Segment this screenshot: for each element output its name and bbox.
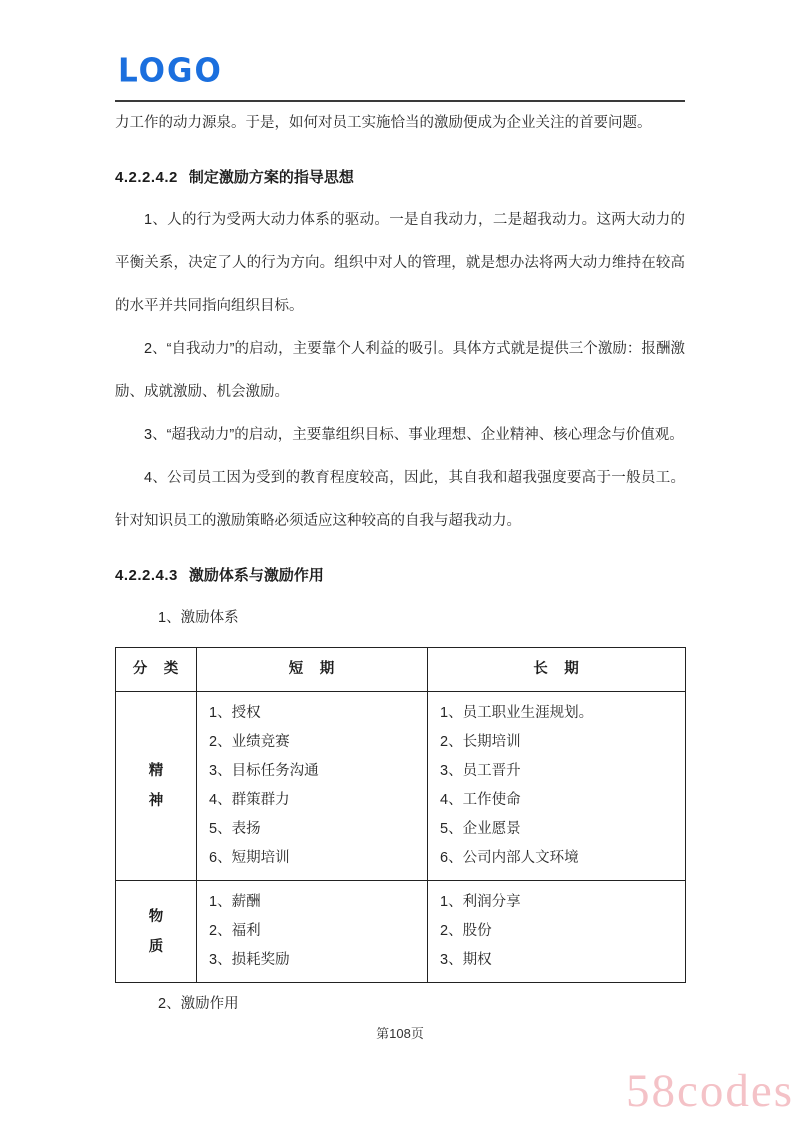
table-cell-item: 2、福利: [209, 917, 421, 946]
table-cell-item: 6、公司内部人文环境: [440, 844, 679, 873]
table-cell-item: 2、长期培训: [440, 728, 679, 757]
section-heading-4-2-2-4-3: 4.2.2.4.3激励体系与激励作用: [115, 554, 685, 597]
table-cell-item: 6、短期培训: [209, 844, 421, 873]
long-term-cell-spirit: 1、员工职业生涯规划。 2、长期培训 3、员工晋升 4、工作使命 5、企业愿景 …: [428, 692, 686, 881]
sub-item-incentive-system: 1、激励体系: [115, 597, 685, 640]
column-header-short-term: 短 期: [197, 648, 428, 692]
section-title: 激励体系与激励作用: [189, 567, 324, 584]
table-cell-item: 2、股份: [440, 917, 679, 946]
table-cell-item: 3、员工晋升: [440, 757, 679, 786]
category-label: 物质: [149, 902, 164, 962]
category-cell-spirit: 精神: [116, 692, 197, 881]
table-cell-item: 1、利润分享: [440, 888, 679, 917]
table-cell-item: 3、目标任务沟通: [209, 757, 421, 786]
paragraph-2: 2、“自我动力”的启动，主要靠个人利益的吸引。具体方式就是提供三个激励：报酬激励…: [115, 328, 685, 414]
section-title: 制定激励方案的指导思想: [189, 169, 354, 186]
short-term-cell-material: 1、薪酬 2、福利 3、损耗奖励: [197, 881, 428, 983]
table-cell-item: 2、业绩竞赛: [209, 728, 421, 757]
incentive-table: 分 类 短 期 长 期 精神 1、授权 2、业绩竞赛 3、目标任务沟通: [115, 647, 686, 983]
table-row-spirit: 精神 1、授权 2、业绩竞赛 3、目标任务沟通 4、群策群力 5、表扬 6、短期…: [116, 692, 686, 881]
section-number: 4.2.2.4.3: [115, 567, 178, 584]
table-row-material: 物质 1、薪酬 2、福利 3、损耗奖励 1、利润分享 2、股份 3、期权: [116, 881, 686, 983]
category-label: 精神: [149, 756, 164, 816]
section-number: 4.2.2.4.2: [115, 169, 178, 186]
section-heading-4-2-2-4-2: 4.2.2.4.2制定激励方案的指导思想: [115, 156, 685, 199]
company-logo: LOGO: [118, 55, 685, 88]
column-header-long-term: 长 期: [428, 648, 686, 692]
document-page: LOGO 力工作的动力源泉。于是，如何对员工实施恰当的激励便成为企业关注的首要问…: [0, 0, 800, 1132]
table-cell-item: 4、工作使命: [440, 786, 679, 815]
short-term-cell-spirit: 1、授权 2、业绩竞赛 3、目标任务沟通 4、群策群力 5、表扬 6、短期培训: [197, 692, 428, 881]
table-cell-item: 5、企业愿景: [440, 815, 679, 844]
table-cell-item: 1、薪酬: [209, 888, 421, 917]
paragraph-1: 1、人的行为受两大动力体系的驱动。一是自我动力，二是超我动力。这两大动力的平衡关…: [115, 199, 685, 328]
watermark-text: 58codes: [626, 1068, 794, 1115]
column-header-category: 分 类: [116, 648, 197, 692]
page-content: LOGO 力工作的动力源泉。于是，如何对员工实施恰当的激励便成为企业关注的首要问…: [115, 0, 685, 1026]
paragraph-4: 4、公司员工因为受到的教育程度较高，因此，其自我和超我强度要高于一般员工。针对知…: [115, 457, 685, 543]
table-cell-item: 1、授权: [209, 699, 421, 728]
long-term-cell-material: 1、利润分享 2、股份 3、期权: [428, 881, 686, 983]
page-number: 第108页: [0, 1024, 800, 1044]
document-body: 力工作的动力源泉。于是，如何对员工实施恰当的激励便成为企业关注的首要问题。 4.…: [115, 102, 685, 1026]
table-header-row: 分 类 短 期 长 期: [116, 648, 686, 692]
table-cell-item: 1、员工职业生涯规划。: [440, 699, 679, 728]
category-cell-material: 物质: [116, 881, 197, 983]
table-cell-item: 3、损耗奖励: [209, 946, 421, 975]
paragraph-3: 3、“超我动力”的启动，主要靠组织目标、事业理想、企业精神、核心理念与价值观。: [115, 414, 685, 457]
intro-paragraph: 力工作的动力源泉。于是，如何对员工实施恰当的激励便成为企业关注的首要问题。: [115, 102, 685, 145]
table-cell-item: 5、表扬: [209, 815, 421, 844]
table-cell-item: 4、群策群力: [209, 786, 421, 815]
table-cell-item: 3、期权: [440, 946, 679, 975]
sub-item-incentive-effect: 2、激励作用: [115, 983, 685, 1026]
